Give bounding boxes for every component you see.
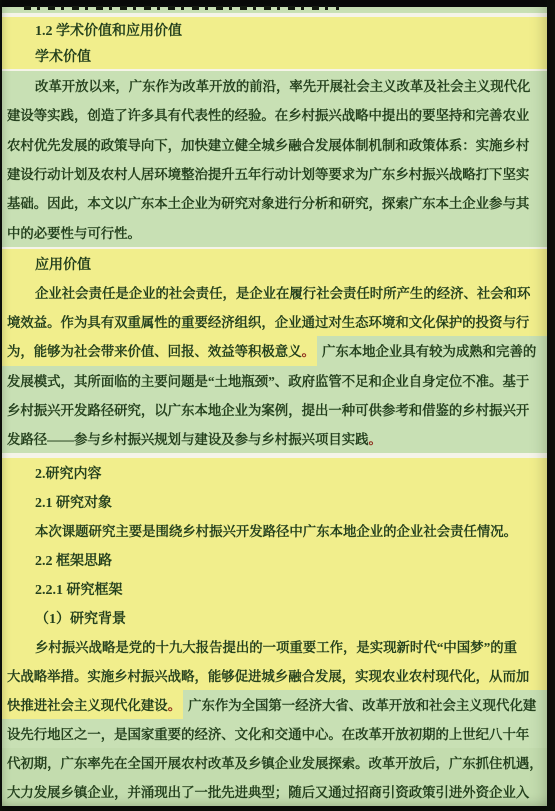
text-line: 发展模式，其所面临的主要问题是“土地瓶颈”、政府监管不足和企业自身定位不准。基于 <box>2 366 547 395</box>
line-filler <box>384 424 547 453</box>
heading-1-2: 1.2 学术价值和应用价值 <box>2 17 547 43</box>
text-line: 大战略举措。实施乡村振兴战略，能够促进城乡融合发展，实现农业农村现代化，从而加 <box>2 661 547 690</box>
red-period: 。 <box>369 429 382 448</box>
heading-text: （1）研究背景 <box>2 603 547 632</box>
line-text: 大力发展乡镇企业，并涌现出了一批先进典型；随后又通过招商引资政策引进外资企业入 <box>2 777 547 806</box>
heading-text: 2.1 研究对象 <box>2 487 547 516</box>
text-line: 建设行动计划及农村人居环境整治提升五年行动计划等要求为广东乡村振兴战略打下坚实 <box>2 159 547 188</box>
text-line: 中的必要性与可行性。 <box>2 218 547 247</box>
line-text-green-part: 广东本地企业具有较为成熟和完善的 <box>317 336 547 365</box>
text-line: 建设等实践，创造了许多具有代表性的经验。在乡村振兴战略中提出的要坚持和完善农业 <box>2 100 547 129</box>
line-text: 建设行动计划及农村人居环境整治提升五年行动计划等要求为广东乡村振兴战略打下坚实 <box>2 159 547 188</box>
document-photo: 1.2 学术价值和应用价值 学术价值 改革开放以来，广东作为改革开放的前沿，率先… <box>0 0 555 811</box>
text-line: 乡村振兴开发路径研究，以广东本地企业为案例，提出一种可供参考和借鉴的乡村振兴开 <box>2 395 547 424</box>
section-academic-value-paragraph: 改革开放以来，广东作为改革开放的前沿，率先开展社会主义改革及社会主义现代化 建设… <box>2 71 547 247</box>
line-text: 为，能够为社会带来价值、回报、效益等积极意义 <box>7 341 302 360</box>
document-page: 1.2 学术价值和应用价值 学术价值 改革开放以来，广东作为改革开放的前沿，率先… <box>2 0 547 811</box>
red-period: 。 <box>302 341 315 360</box>
text-line: 改革开放以来，广东作为改革开放的前沿，率先开展社会主义改革及社会主义现代化 <box>2 71 547 100</box>
text-line: 本次课题研究主要是围绕乡村振兴开发路径中广东本地企业的企业社会责任情况。 <box>2 516 547 545</box>
line-text: 发展模式，其所面临的主要问题是“土地瓶颈”、政府监管不足和企业自身定位不准。基于 <box>2 366 547 395</box>
heading-text: 2.2 框架思路 <box>2 545 547 574</box>
heading-text: 2.研究内容 <box>2 458 547 487</box>
line-text-yellow-part: 为，能够为社会带来价值、回报、效益等积极意义。 <box>2 336 317 365</box>
line-text: 本次课题研究主要是围绕乡村振兴开发路径中广东本地企业的企业社会责任情况。 <box>2 516 547 545</box>
text-line: 农村优先发展的政策导向下，加快建立健全城乡融合发展体制机制和政策体系：实施乡村 <box>2 130 547 159</box>
heading-text: 1.2 学术价值和应用价值 <box>2 17 547 43</box>
section-research-content: 2.研究内容 2.1 研究对象 本次课题研究主要是围绕乡村振兴开发路径中广东本地… <box>2 458 547 806</box>
line-text: 大战略举措。实施乡村振兴战略，能够促进城乡融合发展，实现农业农村现代化，从而加 <box>2 661 547 690</box>
heading-text: 2.2.1 研究框架 <box>2 574 547 603</box>
cropped-bottom-edge <box>2 806 547 811</box>
heading-2-1: 2.1 研究对象 <box>2 487 547 516</box>
line-text: 基础。因此，本文以广东本土企业为研究对象进行分析和研究，探索广东本土企业参与其 <box>2 188 547 217</box>
text-line: 发路径——参与乡村振兴规划与建设及参与乡村振兴项目实践。 <box>2 424 547 453</box>
line-text: 乡村振兴战略是党的十九大报告提出的一项重要工作，是实现新时代“中国梦”的重 <box>2 632 547 661</box>
text-line-split-highlight: 快推进社会主义现代化建设。 广东作为全国第一经济大省、改革开放和社会主义现代化建 <box>2 690 547 719</box>
line-text: 设先行地区之一，是国家重要的经济、文化和交通中心。在改革开放初期的上世纪八十年 <box>2 719 547 748</box>
line-text: 农村优先发展的政策导向下，加快建立健全城乡融合发展体制机制和政策体系：实施乡村 <box>2 130 547 159</box>
text-line: 设先行地区之一，是国家重要的经济、文化和交通中心。在改革开放初期的上世纪八十年 <box>2 719 547 748</box>
line-text: 建设等实践，创造了许多具有代表性的经验。在乡村振兴战略中提出的要坚持和完善农业 <box>2 100 547 129</box>
text-line: 乡村振兴战略是党的十九大报告提出的一项重要工作，是实现新时代“中国梦”的重 <box>2 632 547 661</box>
cropped-text-remnant <box>24 6 339 10</box>
line-text: 快推进社会主义现代化建设 <box>7 695 168 714</box>
heading-2-2: 2.2 框架思路 <box>2 545 547 574</box>
red-period: 。 <box>168 695 181 714</box>
text-line: 境效益。作为具有双重属性的重要经济组织，企业通过对生态环境和文化保护的投资与行 <box>2 307 547 336</box>
heading-academic-value: 学术价值 <box>2 43 547 69</box>
line-text-green-part: 广东作为全国第一经济大省、改革开放和社会主义现代化建 <box>183 690 547 719</box>
heading-2: 2.研究内容 <box>2 458 547 487</box>
heading-applied-value: 应用价值 <box>2 249 547 278</box>
section-academic-value-headings: 1.2 学术价值和应用价值 学术价值 <box>2 17 547 69</box>
line-text: 企业社会责任是企业的社会责任，是企业在履行社会责任时所产生的经济、社会和环 <box>2 278 547 307</box>
text-line: 代初期，广东率先在全国开展农村改革及乡镇企业发展探索。改革开放后，广东抓住机遇， <box>2 748 547 777</box>
line-text-wrap: 发路径——参与乡村振兴规划与建设及参与乡村振兴项目实践。 <box>2 424 384 453</box>
section-applied-value: 应用价值 企业社会责任是企业的社会责任，是企业在履行社会责任时所产生的经济、社会… <box>2 249 547 453</box>
line-text: 代初期，广东率先在全国开展农村改革及乡镇企业发展探索。改革开放后，广东抓住机遇， <box>2 748 547 777</box>
text-line: 企业社会责任是企业的社会责任，是企业在履行社会责任时所产生的经济、社会和环 <box>2 278 547 307</box>
text-line-split-highlight: 为，能够为社会带来价值、回报、效益等积极意义。 广东本地企业具有较为成熟和完善的 <box>2 336 547 365</box>
text-line: 基础。因此，本文以广东本土企业为研究对象进行分析和研究，探索广东本土企业参与其 <box>2 188 547 217</box>
line-text-yellow-part: 快推进社会主义现代化建设。 <box>2 690 183 719</box>
heading-research-background: （1）研究背景 <box>2 603 547 632</box>
heading-text: 应用价值 <box>2 249 547 278</box>
previous-line-sliver <box>2 7 547 13</box>
heading-2-2-1: 2.2.1 研究框架 <box>2 574 547 603</box>
text-line: 大力发展乡镇企业，并涌现出了一批先进典型；随后又通过招商引资政策引进外资企业入 <box>2 777 547 806</box>
line-text: 改革开放以来，广东作为改革开放的前沿，率先开展社会主义改革及社会主义现代化 <box>2 71 547 100</box>
line-text: 乡村振兴开发路径研究，以广东本地企业为案例，提出一种可供参考和借鉴的乡村振兴开 <box>2 395 547 424</box>
line-text: 中的必要性与可行性。 <box>2 218 547 247</box>
line-text: 境效益。作为具有双重属性的重要经济组织，企业通过对生态环境和文化保护的投资与行 <box>2 307 547 336</box>
line-text: 发路径——参与乡村振兴规划与建设及参与乡村振兴项目实践 <box>7 429 369 448</box>
heading-text: 学术价值 <box>2 43 547 69</box>
